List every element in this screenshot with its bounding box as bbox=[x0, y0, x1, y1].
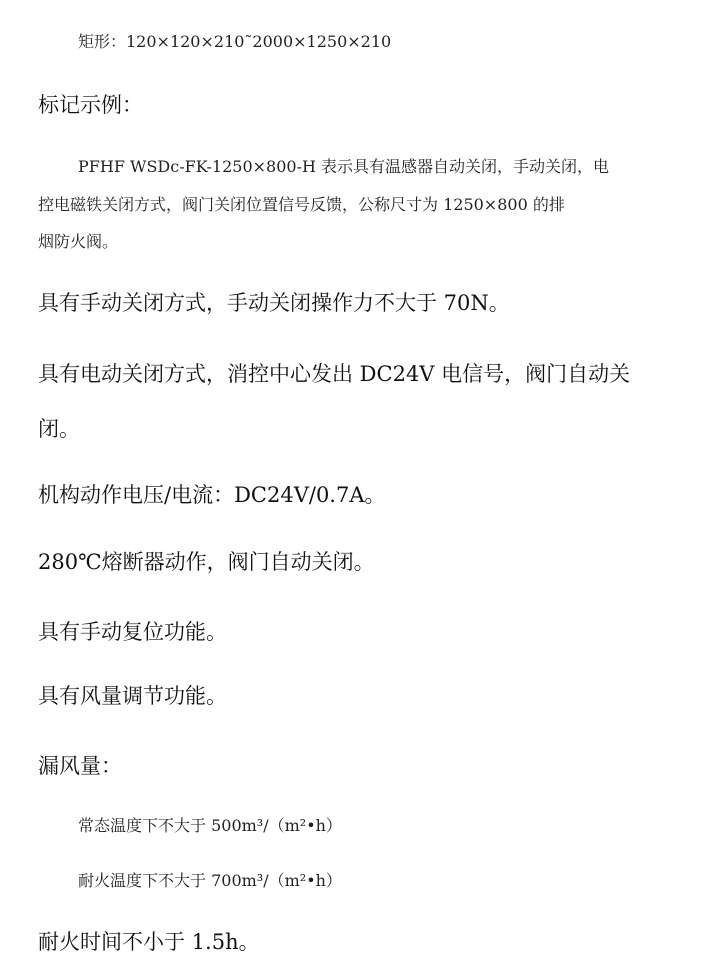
feature-electric-close-line-1: 具有电动关闭方式，消控中心发出 DC24V 电信号，阀门自动关 bbox=[38, 364, 630, 385]
marking-example-line-2: 控电磁铁关闭方式，阀门关闭位置信号反馈，公称尺寸为 1250×800 的排 bbox=[38, 197, 565, 213]
feature-electric-close-line-2: 闭。 bbox=[38, 419, 80, 440]
fire-resistance-time: 耐火时间不小于 1.5h。 bbox=[38, 932, 260, 953]
feature-manual-reset: 具有手动复位功能。 bbox=[38, 622, 227, 643]
marking-example-heading: 标记示例： bbox=[38, 95, 143, 116]
leakage-normal-temp: 常态温度下不大于 500m³/（m²•h） bbox=[78, 818, 342, 834]
marking-example-line-1: PFHF WSDc-FK-1250×800-H 表示具有温感器自动关闭，手动关闭… bbox=[78, 159, 609, 175]
feature-airflow-adjust: 具有风量调节功能。 bbox=[38, 686, 227, 707]
marking-example-line-3: 烟防火阀。 bbox=[38, 234, 118, 250]
feature-fuse-280c: 280℃熔断器动作，阀门自动关闭。 bbox=[38, 552, 375, 573]
leakage-fire-temp: 耐火温度下不大于 700m³/（m²•h） bbox=[78, 873, 342, 889]
feature-voltage-current: 机构动作电压/电流：DC24V/0.7A。 bbox=[38, 485, 386, 506]
leakage-heading: 漏风量： bbox=[38, 756, 122, 777]
size-range-text: 矩形：120×120×210˜2000×1250×210 bbox=[78, 34, 391, 50]
feature-manual-close: 具有手动关闭方式，手动关闭操作力不大于 70N。 bbox=[38, 293, 510, 314]
